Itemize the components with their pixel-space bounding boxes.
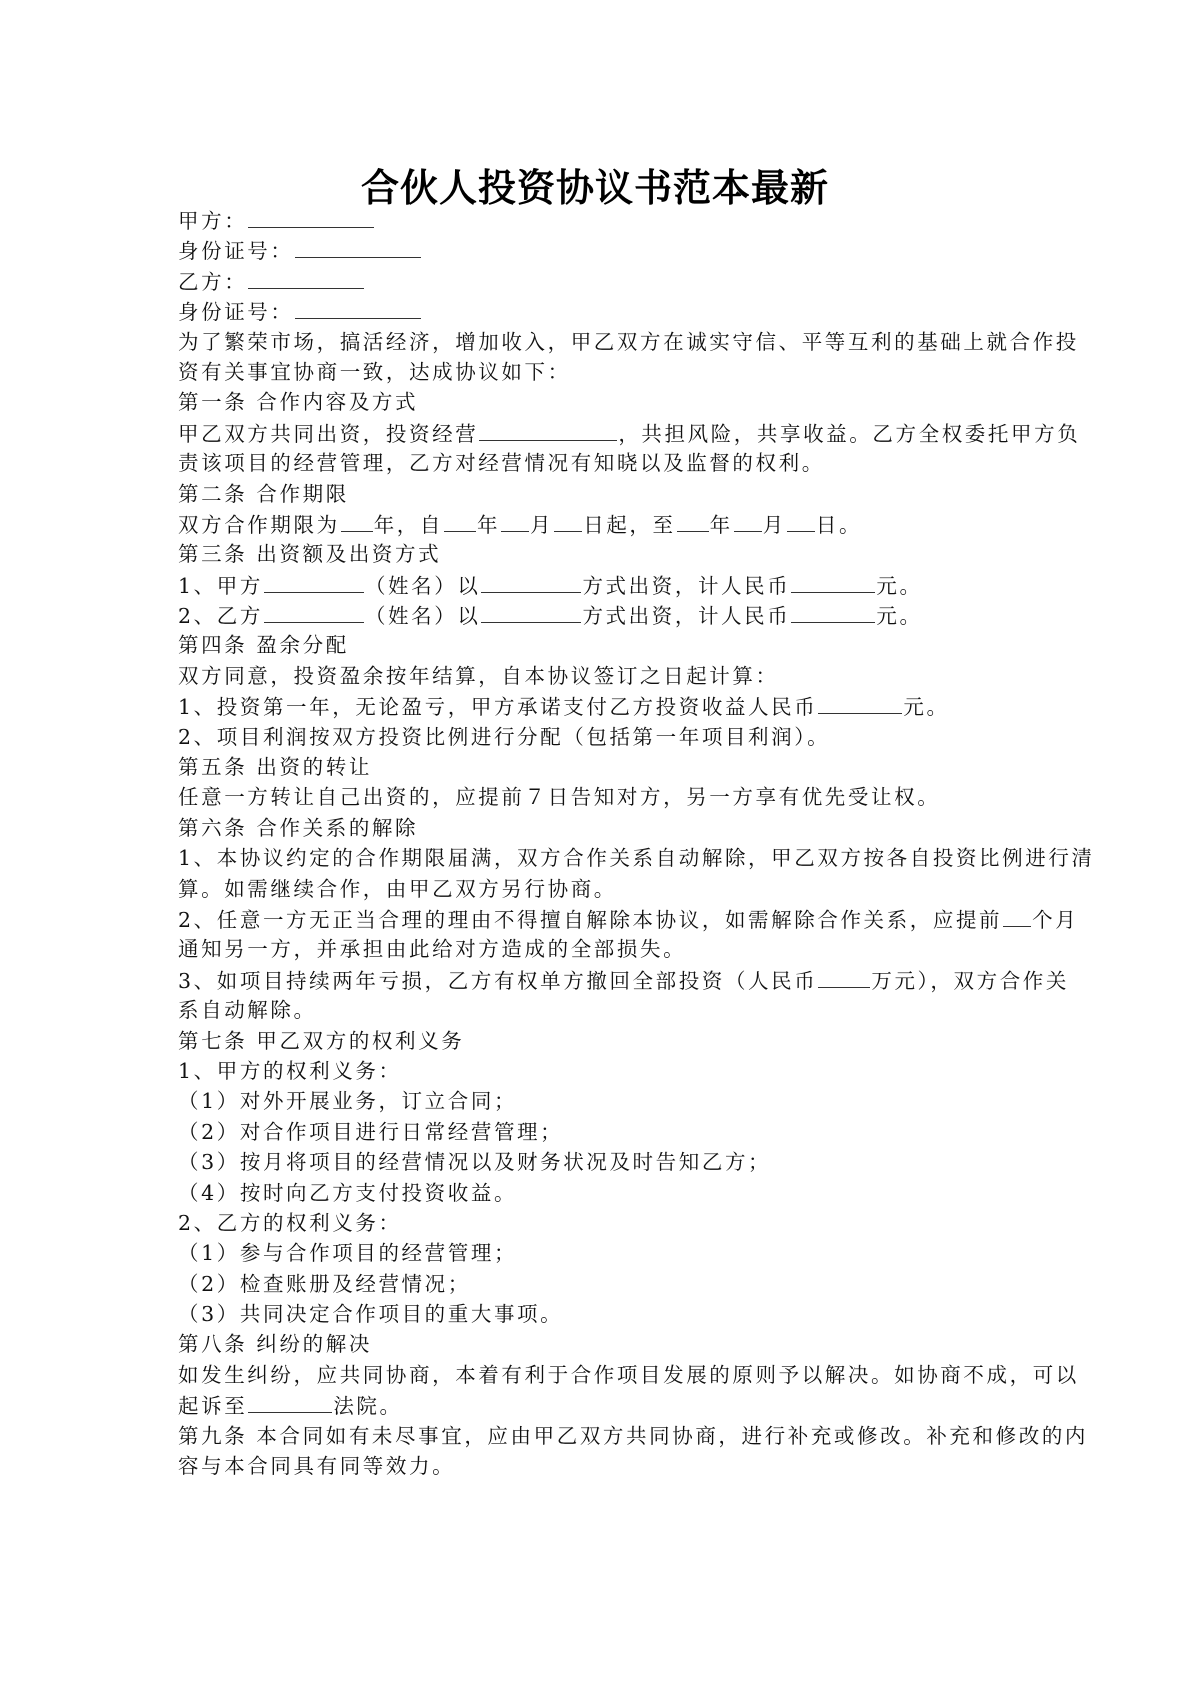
fill-in-blank (444, 509, 476, 532)
line-text: 第一条 合作内容及方式 (178, 390, 418, 414)
line-text: 法院。 (333, 1394, 402, 1418)
line-text: 年 (477, 513, 500, 537)
fill-in-blank (248, 1390, 332, 1413)
document-line: （1）参与合作项目的经营管理； (178, 1238, 1020, 1268)
fill-in-blank (501, 509, 529, 532)
document-line: 容与本合同具有同等效力。 (178, 1451, 1020, 1481)
fill-in-blank (479, 418, 617, 441)
line-text: 2、项目利润按双方投资比例进行分配（包括第一年项目利润）。 (178, 725, 830, 749)
document-line: 双方同意，投资盈余按年结算，自本协议签订之日起计算： (178, 661, 1020, 691)
document-line: 第二条 合作期限 (178, 479, 1020, 509)
line-text: （2）检查账册及经营情况； (178, 1272, 471, 1296)
document-line: 第一条 合作内容及方式 (178, 387, 1020, 417)
document-line: 2、项目利润按双方投资比例进行分配（包括第一年项目利润）。 (178, 722, 1020, 752)
line-text: 起诉至 (178, 1394, 247, 1418)
document-line: 甲方： (178, 205, 1020, 235)
line-text: 3、如项目持续两年亏损，乙方有权单方撤回全部投资（人民币 (178, 969, 817, 993)
line-text: 通知另一方，并承担由此给对方造成的全部损失。 (178, 937, 686, 961)
line-text: 1、本协议约定的合作期限届满，双方合作关系自动解除，甲乙双方按各自投资比例进行清 (178, 846, 1095, 870)
line-text: 第二条 合作期限 (178, 482, 349, 506)
line-text: 元。 (903, 695, 949, 719)
line-text: 双方合作期限为 (178, 513, 340, 537)
line-text: 1、投资第一年，无论盈亏，甲方承诺支付乙方投资收益人民币 (178, 695, 817, 719)
document-line: 乙方： (178, 266, 1020, 296)
line-text: 元。 (876, 604, 922, 628)
line-text: （1）参与合作项目的经营管理； (178, 1241, 517, 1265)
fill-in-blank (818, 965, 870, 988)
line-text: （1）对外开展业务，订立合同； (178, 1089, 517, 1113)
document-line: 资有关事宜协商一致，达成协议如下： (178, 357, 1020, 387)
line-text: 万元），双方合作关 (871, 969, 1069, 993)
line-text: 资有关事宜协商一致，达成协议如下： (178, 360, 571, 384)
document-line: （3）共同决定合作项目的重大事项。 (178, 1299, 1020, 1329)
line-text: （姓名）以 (365, 604, 481, 628)
line-text: 1、甲方的权利义务： (178, 1059, 402, 1083)
fill-in-blank (1003, 904, 1031, 927)
fill-in-blank (264, 570, 364, 593)
document-line: （2）检查账册及经营情况； (178, 1269, 1020, 1299)
document-line: （1）对外开展业务，订立合同； (178, 1086, 1020, 1116)
line-text: （3）按月将项目的经营情况以及财务状况及时告知乙方； (178, 1150, 771, 1174)
fill-in-blank (248, 205, 374, 228)
document-line: 如发生纠纷，应共同协商，本着有利于合作项目发展的原则予以解决。如协商不成，可以 (178, 1360, 1020, 1390)
fill-in-blank (295, 296, 421, 319)
document-line: 第四条 盈余分配 (178, 630, 1020, 660)
document-line: 任意一方转让自己出资的，应提前７日告知对方，另一方享有优先受让权。 (178, 782, 1020, 812)
document-line: （4）按时向乙方支付投资收益。 (178, 1178, 1020, 1208)
line-text: 算。如需继续合作，由甲乙双方另行协商。 (178, 877, 617, 901)
line-text: 身份证号： (178, 300, 294, 324)
document-line: 2、乙方（姓名）以方式出资，计人民币元。 (178, 600, 1020, 630)
line-text: 1、甲方 (178, 574, 263, 598)
line-text: 2、乙方 (178, 604, 263, 628)
line-text: 第六条 合作关系的解除 (178, 816, 418, 840)
fill-in-blank (295, 235, 421, 258)
line-text: 日起，至 (583, 513, 675, 537)
line-text: 第八条 纠纷的解决 (178, 1332, 372, 1356)
line-text: 甲方： (178, 209, 247, 233)
document-line: 3、如项目持续两年亏损，乙方有权单方撤回全部投资（人民币万元），双方合作关 (178, 965, 1020, 995)
document-line: 责该项目的经营管理，乙方对经营情况有知晓以及监督的权利。 (178, 448, 1020, 478)
line-text: 第九条 本合同如有未尽事宜，应由甲乙双方共同协商，进行补充或修改。补充和修改的内 (178, 1424, 1088, 1448)
line-text: （2）对合作项目进行日常经营管理； (178, 1120, 563, 1144)
line-text: ，共担风险，共享收益。乙方全权委托甲方负 (618, 422, 1080, 446)
fill-in-blank (791, 570, 875, 593)
document-line: 1、投资第一年，无论盈亏，甲方承诺支付乙方投资收益人民币元。 (178, 691, 1020, 721)
line-text: 第四条 盈余分配 (178, 633, 349, 657)
fill-in-blank (787, 509, 815, 532)
line-text: （3）共同决定合作项目的重大事项。 (178, 1302, 563, 1326)
fill-in-blank (481, 600, 581, 623)
line-text: 元。 (876, 574, 922, 598)
document-line: 身份证号： (178, 235, 1020, 265)
line-text: （4）按时向乙方支付投资收益。 (178, 1181, 517, 1205)
document-line: 2、任意一方无正当合理的理由不得擅自解除本协议，如需解除合作关系，应提前个月 (178, 904, 1020, 934)
document-line: 第七条 甲乙双方的权利义务 (178, 1026, 1020, 1056)
document-line: 甲乙双方共同出资，投资经营，共担风险，共享收益。乙方全权委托甲方负 (178, 418, 1020, 448)
line-text: 第五条 出资的转让 (178, 755, 372, 779)
document-line: 第五条 出资的转让 (178, 752, 1020, 782)
document-line: 1、甲方（姓名）以方式出资，计人民币元。 (178, 570, 1020, 600)
fill-in-blank (341, 509, 373, 532)
line-text: 为了繁荣市场，搞活经济，增加收入，甲乙双方在诚实守信、平等互利的基础上就合作投 (178, 330, 1079, 354)
document-line: （2）对合作项目进行日常经营管理； (178, 1117, 1020, 1147)
document-line: 第六条 合作关系的解除 (178, 813, 1020, 843)
fill-in-blank (818, 691, 902, 714)
fill-in-blank (734, 509, 762, 532)
document-line: 第九条 本合同如有未尽事宜，应由甲乙双方共同协商，进行补充或修改。补充和修改的内 (178, 1421, 1020, 1451)
line-text: 年 (710, 513, 733, 537)
line-text: 第三条 出资额及出资方式 (178, 542, 441, 566)
document-line: 为了繁荣市场，搞活经济，增加收入，甲乙双方在诚实守信、平等互利的基础上就合作投 (178, 327, 1020, 357)
fill-in-blank (481, 570, 581, 593)
line-text: 身份证号： (178, 239, 294, 263)
fill-in-blank (791, 600, 875, 623)
document-line: 1、甲方的权利义务： (178, 1056, 1020, 1086)
line-text: 方式出资，计人民币 (582, 604, 790, 628)
line-text: 任意一方转让自己出资的，应提前７日告知对方，另一方享有优先受让权。 (178, 785, 940, 809)
line-text: 2、任意一方无正当合理的理由不得擅自解除本协议，如需解除合作关系，应提前 (178, 908, 1002, 932)
document-line: 第八条 纠纷的解决 (178, 1329, 1020, 1359)
line-text: 第七条 甲乙双方的权利义务 (178, 1029, 464, 1053)
document-line: 双方合作期限为年，自年月日起，至年月日。 (178, 509, 1020, 539)
line-text: 月 (530, 513, 553, 537)
document-line: 通知另一方，并承担由此给对方造成的全部损失。 (178, 934, 1020, 964)
document-line: 起诉至法院。 (178, 1390, 1020, 1420)
line-text: 个月 (1032, 908, 1078, 932)
line-text: 如发生纠纷，应共同协商，本着有利于合作项目发展的原则予以解决。如协商不成，可以 (178, 1363, 1079, 1387)
line-text: 系自动解除。 (178, 998, 317, 1022)
document-body: 甲方：身份证号：乙方：身份证号：为了繁荣市场，搞活经济，增加收入，甲乙双方在诚实… (178, 205, 1020, 1481)
line-text: 2、乙方的权利义务： (178, 1211, 402, 1235)
line-text: 双方同意，投资盈余按年结算，自本协议签订之日起计算： (178, 664, 779, 688)
document-line: 算。如需继续合作，由甲乙双方另行协商。 (178, 874, 1020, 904)
document-line: （3）按月将项目的经营情况以及财务状况及时告知乙方； (178, 1147, 1020, 1177)
fill-in-blank (554, 509, 582, 532)
document-line: 第三条 出资额及出资方式 (178, 539, 1020, 569)
line-text: 日。 (816, 513, 862, 537)
line-text: 年，自 (374, 513, 443, 537)
line-text: 乙方： (178, 270, 247, 294)
fill-in-blank (264, 600, 364, 623)
line-text: （姓名）以 (365, 574, 481, 598)
line-text: 方式出资，计人民币 (582, 574, 790, 598)
line-text: 月 (763, 513, 786, 537)
document-line: 1、本协议约定的合作期限届满，双方合作关系自动解除，甲乙双方按各自投资比例进行清 (178, 843, 1020, 873)
line-text: 甲乙双方共同出资，投资经营 (178, 422, 478, 446)
line-text: 容与本合同具有同等效力。 (178, 1454, 455, 1478)
fill-in-blank (677, 509, 709, 532)
fill-in-blank (248, 266, 364, 289)
line-text: 责该项目的经营管理，乙方对经营情况有知晓以及监督的权利。 (178, 451, 825, 475)
document-line: 2、乙方的权利义务： (178, 1208, 1020, 1238)
document-line: 系自动解除。 (178, 995, 1020, 1025)
document-line: 身份证号： (178, 296, 1020, 326)
